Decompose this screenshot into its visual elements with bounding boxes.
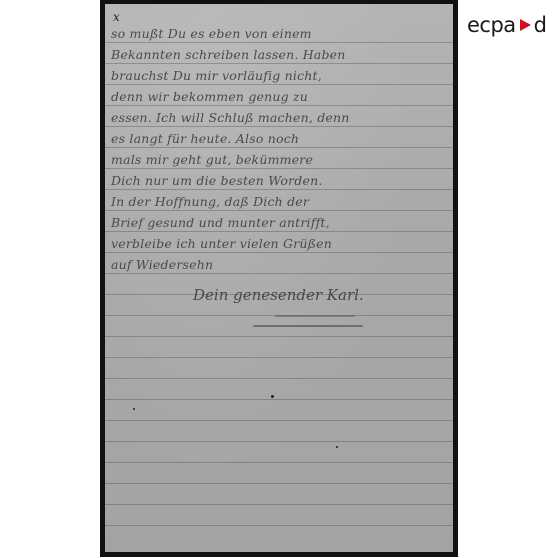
ruled-line <box>105 378 453 379</box>
margin-mark: x <box>113 10 120 24</box>
ruled-line <box>105 273 453 274</box>
letter-line: so mußt Du es eben von einem <box>111 26 447 41</box>
letter-line: denn wir bekommen genug zu <box>111 89 447 104</box>
ruled-line <box>105 420 453 421</box>
ruled-line <box>105 147 453 148</box>
ruled-line <box>105 210 453 211</box>
letter-line: Bekannten schreiben lassen. Haben <box>111 47 447 62</box>
ruled-line <box>105 126 453 127</box>
ruled-line <box>105 399 453 400</box>
ruled-line <box>105 63 453 64</box>
letter-line: Brief gesund und munter antrifft, <box>111 215 447 230</box>
logo-text-d: d <box>534 13 547 37</box>
ruled-line <box>105 168 453 169</box>
letter-line: auf Wiedersehn <box>111 257 447 272</box>
ruled-line <box>105 483 453 484</box>
letter-line: essen. Ich will Schluß machen, denn <box>111 110 447 125</box>
ruled-line <box>105 189 453 190</box>
ecpad-logo: ecpa d <box>467 10 547 40</box>
ruled-line <box>105 252 453 253</box>
letter-line: brauchst Du mir vorläufig nicht, <box>111 68 447 83</box>
signature-flourish <box>275 315 355 317</box>
ruled-line <box>105 462 453 463</box>
photo-frame: x so mußt Du es eben von einem Bekannten… <box>100 0 458 557</box>
logo-text-ecpa: ecpa <box>467 13 516 37</box>
signature: Dein genesender Karl. <box>193 286 364 304</box>
ruled-line <box>105 504 453 505</box>
film-speck <box>133 408 135 410</box>
letter-line: verbleibe ich unter vielen Grüßen <box>111 236 447 251</box>
ruled-line <box>105 357 453 358</box>
letter-line: mals mir geht gut, bekümmere <box>111 152 447 167</box>
ruled-line <box>105 42 453 43</box>
letter-line: In der Hoffnung, daß Dich der <box>111 194 447 209</box>
ruled-line <box>105 441 453 442</box>
ruled-line <box>105 231 453 232</box>
play-triangle-icon <box>520 19 531 31</box>
signature-flourish <box>253 325 363 327</box>
film-speck <box>336 446 338 448</box>
film-speck <box>271 395 274 398</box>
ruled-line <box>105 525 453 526</box>
ruled-line <box>105 84 453 85</box>
letter-line: Dich nur um die besten Worden. <box>111 173 447 188</box>
ruled-line <box>105 336 453 337</box>
letter-paper: x so mußt Du es eben von einem Bekannten… <box>105 4 453 552</box>
ruled-line <box>105 105 453 106</box>
letter-line: es langt für heute. Also noch <box>111 131 447 146</box>
